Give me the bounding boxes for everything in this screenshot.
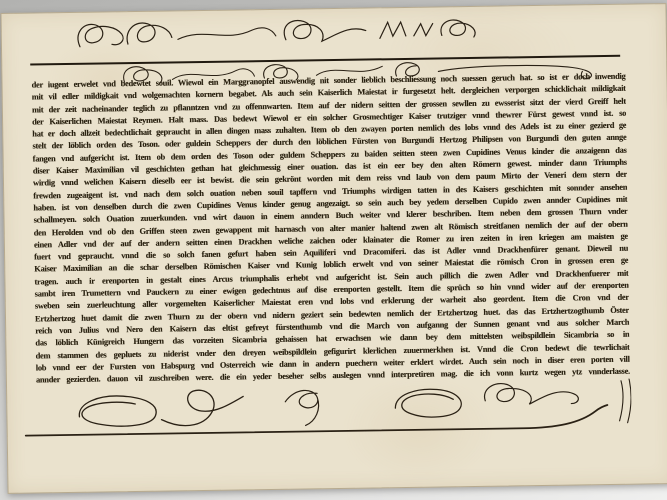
text-block: der iugent erwelet vnd bedewtet souil. W… bbox=[31, 71, 629, 387]
paper-sheet: der iugent erwelet vnd bedewtet souil. W… bbox=[0, 3, 667, 494]
top-penwork-flourish bbox=[74, 13, 484, 55]
photo-backdrop: der iugent erwelet vnd bedewtet souil. W… bbox=[0, 0, 667, 500]
